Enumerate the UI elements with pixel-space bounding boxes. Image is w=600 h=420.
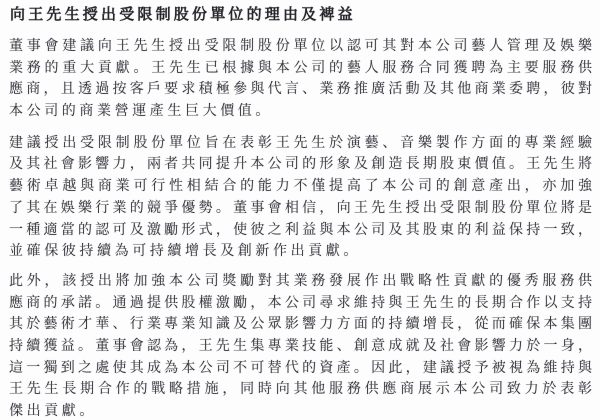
text-line: 應商，且透過按客戶要求積極參與代言、業務推廣活動及其他商業委聘，彼對 bbox=[9, 79, 592, 101]
text-line: 了其在娛樂行業的競爭優勢。董事會相信，向王先生授出受限制股份單位將是 bbox=[9, 198, 592, 220]
paragraph-strategic-commitment: 此外，該授出將加強本公司獎勵對其業務發展作出戰略性貢獻的優秀服務供應商的承諾。通… bbox=[9, 271, 592, 420]
text-line: 其於藝術才華、行業專業知識及公眾影響力方面的持續增長，從而確保本集團 bbox=[9, 314, 592, 336]
text-line: 本公司的商業營運產生巨大價值。 bbox=[9, 101, 592, 123]
paragraph-purpose-alignment: 建議授出受限制股份單位旨在表彰王先生於演藝、音樂製作方面的專業經驗及其社會影響力… bbox=[9, 133, 592, 263]
text-line: 董事會建議向王先生授出受限制股份單位以認可其對本公司藝人管理及娛樂 bbox=[9, 36, 592, 58]
text-line: 持續獲益。董事會認為，王先生集專業技能、創意成就及社會影響力於一身， bbox=[9, 336, 592, 358]
text-line: 藝術卓越與商業可行性相結合的能力不僅提高了本公司的創意產出，亦加強 bbox=[9, 176, 592, 198]
text-line: 業務的重大貢獻。王先生已根據與本公司的藝人服務合同獲聘為主要服務供 bbox=[9, 58, 592, 80]
text-line: 這一獨到之處使其成為本公司不可替代的資產。因此，建議授予被視為維持與 bbox=[9, 358, 592, 380]
paragraph-grant-recognition: 董事會建議向王先生授出受限制股份單位以認可其對本公司藝人管理及娛樂業務的重大貢獻… bbox=[9, 36, 592, 123]
document-title: 向王先生授出受限制股份單位的理由及裨益 bbox=[9, 4, 592, 26]
text-line: 及其社會影響力，兩者共同提升本公司的形象及創造長期股東價值。王先生將 bbox=[9, 154, 592, 176]
text-line: 建議授出受限制股份單位旨在表彰王先生於演藝、音樂製作方面的專業經驗 bbox=[9, 133, 592, 155]
text-line: 應商的承諾。通過提供股權激勵，本公司尋求維持與王先生的長期合作以支持 bbox=[9, 293, 592, 315]
text-line: 傑出貢獻。 bbox=[9, 401, 592, 420]
text-line: 並確保彼持續為可持續增長及創新作出貢獻。 bbox=[9, 241, 592, 263]
text-line: 一種適當的認可及激勵形式，使彼之利益與本公司及其股東的利益保持一致， bbox=[9, 220, 592, 242]
text-line: 王先生長期合作的戰略措施，同時向其他服務供應商展示本公司致力於表彰 bbox=[9, 379, 592, 401]
document-page: 向王先生授出受限制股份單位的理由及裨益 董事會建議向王先生授出受限制股份單位以認… bbox=[0, 0, 600, 420]
text-line: 此外，該授出將加強本公司獎勵對其業務發展作出戰略性貢獻的優秀服務供 bbox=[9, 271, 592, 293]
